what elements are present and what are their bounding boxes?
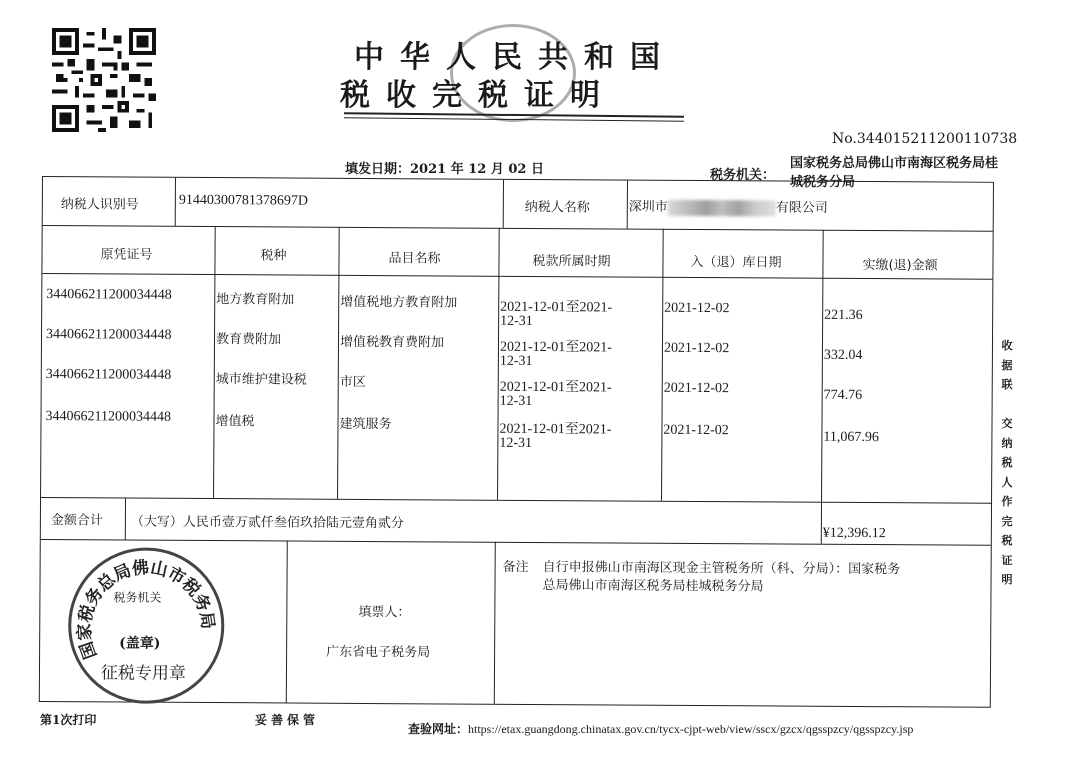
tax-period-end: 12-31 xyxy=(500,314,533,330)
paid-amount: 11,067.96 xyxy=(823,430,879,446)
col-header-amount: 实缴(退)金额 xyxy=(862,254,937,273)
item-name: 建筑服务 xyxy=(339,413,391,432)
item-name: 增值税地方教育附加 xyxy=(340,291,457,311)
print-count: 第1次打印 xyxy=(40,711,96,728)
qr-code xyxy=(50,28,158,132)
voucher-number: 344066211200034448 xyxy=(46,367,172,384)
col-header-item: 品目名称 xyxy=(388,247,440,266)
taxpayer-name-label: 纳税人名称 xyxy=(525,196,590,215)
storage-date: 2021-12-02 xyxy=(664,341,729,357)
issue-date: 填发日期：2021 年 12 月 02 日 xyxy=(345,158,544,177)
seal-line-2: (盖章) xyxy=(119,632,160,652)
tax-period-end: 12-31 xyxy=(499,436,532,452)
total-in-words: （大写）人民币壹万贰仟叁佰玖拾陆元壹角贰分 xyxy=(131,511,404,532)
taxpayer-name-value: 深圳市有限公司 xyxy=(629,196,828,217)
serial-number: No.344015211200110738 xyxy=(832,131,1017,147)
tax-type: 教育费附加 xyxy=(216,328,281,347)
storage-date: 2021-12-02 xyxy=(664,301,729,317)
seal-line-1: 税务机关 xyxy=(113,588,161,605)
storage-date: 2021-12-02 xyxy=(664,381,729,397)
voucher-number: 344066211200034448 xyxy=(46,327,172,344)
issue-date-label: 填发日期： xyxy=(345,162,410,177)
col-header-period: 税款所属时期 xyxy=(532,250,610,269)
paid-amount: 332.04 xyxy=(824,348,863,364)
paid-amount: 221.36 xyxy=(824,308,863,324)
document-title: 中华人民共和国 税收完税证明 xyxy=(340,28,700,108)
total-label: 金额合计 xyxy=(51,509,103,528)
keep-safe-note: 妥善保管 xyxy=(255,711,319,728)
col-header-voucher: 原凭证号 xyxy=(100,243,152,262)
official-seal: 国家税务总局佛山市税务局 税务机关 (盖章) 征税专用章 xyxy=(68,547,225,704)
taxpayer-id-label: 纳税人识别号 xyxy=(61,193,139,212)
tax-type: 城市维护建设税 xyxy=(216,368,307,388)
tax-period-end: 12-31 xyxy=(500,354,533,370)
verify-link[interactable]: https://etax.guangdong.chinatax.gov.cn/t… xyxy=(468,722,913,736)
taxpayer-id-value: 91440300781378697D xyxy=(179,193,308,210)
paid-amount: 774.76 xyxy=(824,388,863,404)
storage-date: 2021-12-02 xyxy=(663,423,728,439)
tax-period-end: 12-31 xyxy=(500,394,533,410)
tax-type: 地方教育附加 xyxy=(216,288,294,307)
total-amount: ¥12,396.12 xyxy=(823,526,886,542)
issuer-value: 广东省电子税务局 xyxy=(326,641,430,661)
taxpayer-name-prefix: 深圳市 xyxy=(629,200,668,215)
issuer-label: 填票人： xyxy=(358,601,410,620)
verify-url: 查验网址：https://etax.guangdong.chinatax.gov… xyxy=(408,720,913,737)
issue-date-value: 2021 年 12 月 02 日 xyxy=(410,162,544,177)
voucher-number: 344066211200034448 xyxy=(46,287,172,304)
remarks-line-2: 总局佛山市南海区税务局桂城税务分局 xyxy=(542,574,763,594)
voucher-number: 344066211200034448 xyxy=(45,409,171,426)
item-name: 市区 xyxy=(340,371,366,390)
receipt-copy-note: 收据联 交纳税人作完税证明 xyxy=(1000,336,1014,590)
tax-type: 增值税 xyxy=(215,410,254,429)
seal-line-3: 征税专用章 xyxy=(101,658,186,684)
redacted-block xyxy=(668,199,776,216)
title-line-2: 税收完税证明 xyxy=(340,70,700,114)
verify-label: 查验网址： xyxy=(408,722,468,736)
taxpayer-name-suffix: 有限公司 xyxy=(776,200,828,215)
col-header-tax-type: 税种 xyxy=(260,244,286,263)
remarks-label: 备注 xyxy=(503,556,529,575)
item-name: 增值税教育费附加 xyxy=(340,331,444,351)
col-header-date: 入（退）库日期 xyxy=(690,251,781,271)
tax-certificate-table: 纳税人识别号 91440300781378697D 纳税人名称 深圳市有限公司 … xyxy=(39,176,994,708)
